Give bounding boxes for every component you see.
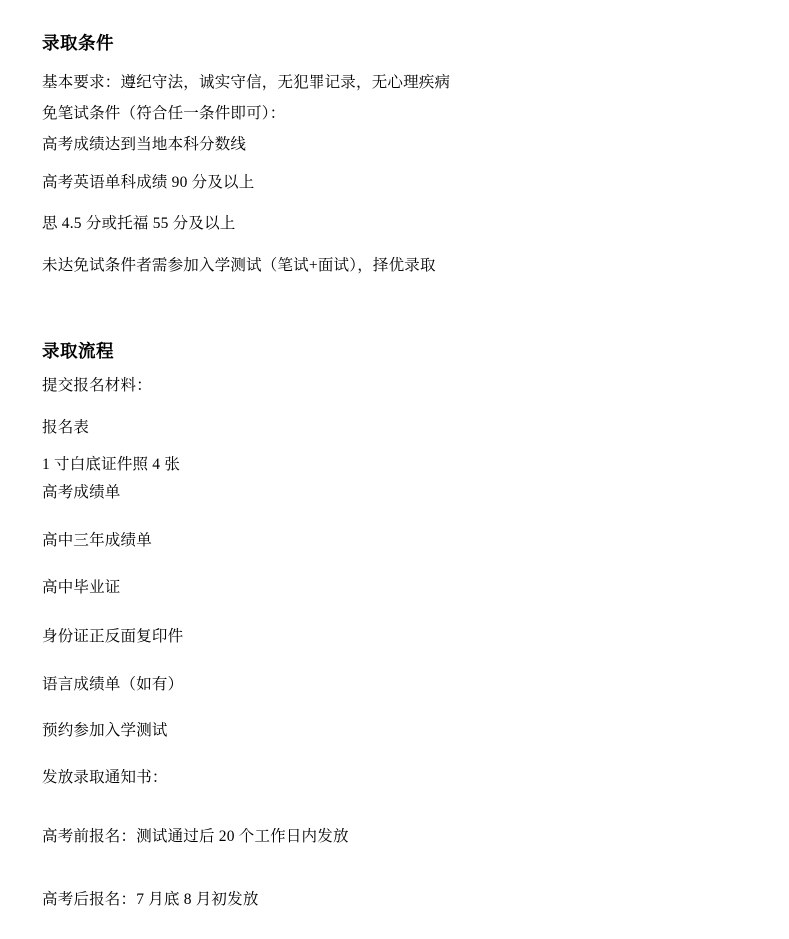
line-id-photos: 1 寸白底证件照 4 张 [42, 455, 180, 474]
line-submit-application-materials: 提交报名材料： [42, 376, 152, 395]
line-english-score-requirement: 高考英语单科成绩 90 分及以上 [42, 173, 254, 192]
line-id-card-copy: 身份证正反面复印件 [42, 627, 183, 646]
line-before-gaokao-registration: 高考前报名：测试通过后 20 个工作日内发放 [42, 827, 349, 846]
section-heading-admission-requirements: 录取条件 [42, 33, 114, 54]
line-highschool-diploma: 高中毕业证 [42, 578, 121, 597]
line-book-entrance-test: 预约参加入学测试 [42, 721, 168, 740]
line-basic-requirements: 基本要求：遵纪守法，诚实守信，无犯罪记录，无心理疾病 [42, 73, 450, 92]
line-admission-letter-issuance: 发放录取通知书： [42, 768, 168, 787]
line-language-transcript: 语言成绩单（如有） [42, 675, 183, 694]
line-entrance-test-note: 未达免试条件者需参加入学测试（笔试+面试），择优录取 [42, 256, 436, 275]
line-highschool-transcript: 高中三年成绩单 [42, 531, 152, 550]
section-heading-admission-process: 录取流程 [42, 341, 114, 362]
line-after-gaokao-registration: 高考后报名：7 月底 8 月初发放 [42, 890, 259, 909]
line-gaokao-transcript: 高考成绩单 [42, 483, 121, 502]
line-application-form: 报名表 [42, 418, 89, 437]
line-gaokao-score-requirement: 高考成绩达到当地本科分数线 [42, 135, 246, 154]
document-page: 录取条件 基本要求：遵纪守法，诚实守信，无犯罪记录，无心理疾病 免笔试条件（符合… [0, 0, 789, 939]
line-ielts-toefl-requirement: 思 4.5 分或托福 55 分及以上 [42, 214, 235, 233]
line-exam-waiver-conditions: 免笔试条件（符合任一条件即可）： [42, 104, 285, 123]
